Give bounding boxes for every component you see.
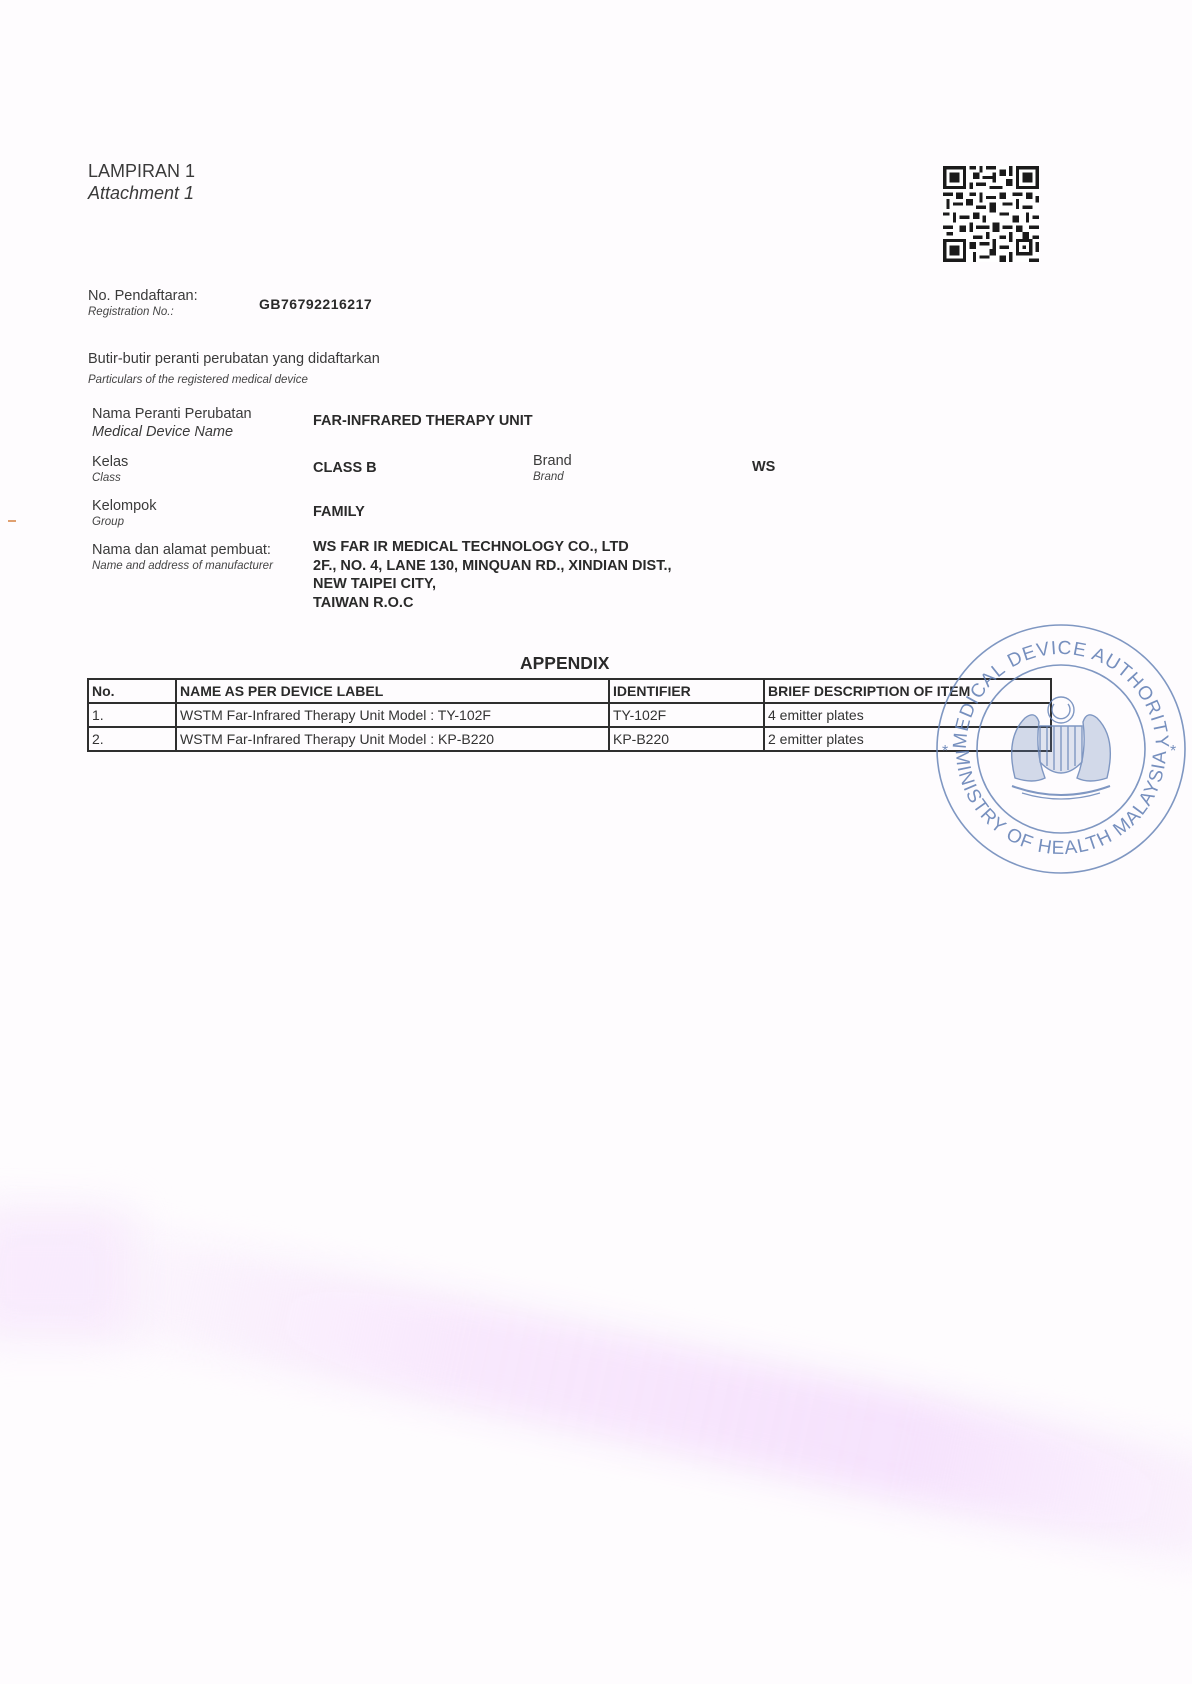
group-value: FAMILY	[313, 504, 365, 520]
cell-identifier: KP-B220	[609, 727, 764, 751]
margin-mark	[8, 520, 16, 522]
malaysia-coat-of-arms-icon	[1012, 697, 1111, 799]
cell-no: 1.	[88, 703, 176, 727]
manufacturer-label: Nama dan alamat pembuat: Name and addres…	[92, 541, 273, 574]
appendix-title: APPENDIX	[520, 653, 609, 674]
device-name-label-en: Medical Device Name	[92, 423, 252, 441]
manufacturer-label-ms: Nama dan alamat pembuat:	[92, 541, 273, 559]
cell-identifier: TY-102F	[609, 703, 764, 727]
class-label: Kelas Class	[92, 453, 128, 486]
attachment-heading: LAMPIRAN 1 Attachment 1	[88, 160, 195, 204]
particulars-heading-en: Particulars of the registered medical de…	[88, 373, 380, 388]
svg-text:*: *	[942, 743, 949, 760]
brand-label-ms: Brand	[533, 452, 572, 470]
device-name-label-ms: Nama Peranti Perubatan	[92, 405, 252, 423]
group-label-ms: Kelompok	[92, 497, 156, 515]
device-name-label: Nama Peranti Perubatan Medical Device Na…	[92, 405, 252, 441]
group-label-en: Group	[92, 515, 156, 530]
official-stamp: MEDICAL DEVICE AUTHORITY MINISTRY OF HEA…	[930, 618, 1192, 880]
registration-label: No. Pendaftaran: Registration No.:	[88, 287, 198, 320]
manufacturer-line: 2F., NO. 4, LANE 130, MINQUAN RD., XINDI…	[313, 557, 672, 576]
cell-name: WSTM Far-Infrared Therapy Unit Model : K…	[176, 727, 609, 751]
column-header-name: NAME AS PER DEVICE LABEL	[176, 679, 609, 703]
brand-label-en: Brand	[533, 470, 572, 485]
device-name-value: FAR-INFRARED THERAPY UNIT	[313, 413, 533, 429]
cell-name: WSTM Far-Infrared Therapy Unit Model : T…	[176, 703, 609, 727]
attachment-title-ms: LAMPIRAN 1	[88, 160, 195, 182]
class-value: CLASS B	[313, 460, 377, 476]
attachment-title-en: Attachment 1	[88, 182, 195, 204]
svg-text:*: *	[1170, 743, 1177, 760]
table-row: 2. WSTM Far-Infrared Therapy Unit Model …	[88, 727, 1051, 751]
particulars-heading-ms: Butir-butir peranti perubatan yang didaf…	[88, 349, 380, 369]
registration-label-en: Registration No.:	[88, 305, 198, 320]
class-label-ms: Kelas	[92, 453, 128, 471]
qr-code-icon	[943, 166, 1039, 262]
brand-label: Brand Brand	[533, 452, 572, 485]
group-label: Kelompok Group	[92, 497, 156, 530]
manufacturer-line: NEW TAIPEI CITY,	[313, 575, 672, 594]
manufacturer-label-en: Name and address of manufacturer	[92, 559, 273, 574]
table-header-row: No. NAME AS PER DEVICE LABEL IDENTIFIER …	[88, 679, 1051, 703]
brand-value: WS	[752, 459, 775, 475]
class-label-en: Class	[92, 471, 128, 486]
table-row: 1. WSTM Far-Infrared Therapy Unit Model …	[88, 703, 1051, 727]
column-header-no: No.	[88, 679, 176, 703]
column-header-identifier: IDENTIFIER	[609, 679, 764, 703]
particulars-heading: Butir-butir peranti perubatan yang didaf…	[88, 349, 380, 388]
manufacturer-address: WS FAR IR MEDICAL TECHNOLOGY CO., LTD 2F…	[313, 538, 672, 612]
registration-number: GB76792216217	[259, 296, 372, 312]
cell-no: 2.	[88, 727, 176, 751]
registration-label-ms: No. Pendaftaran:	[88, 287, 198, 305]
scan-artifact	[0, 1210, 130, 1340]
appendix-table: No. NAME AS PER DEVICE LABEL IDENTIFIER …	[87, 678, 1052, 752]
manufacturer-line: TAIWAN R.O.C	[313, 594, 672, 613]
scan-artifact	[0, 1190, 1192, 1568]
manufacturer-line: WS FAR IR MEDICAL TECHNOLOGY CO., LTD	[313, 538, 672, 557]
